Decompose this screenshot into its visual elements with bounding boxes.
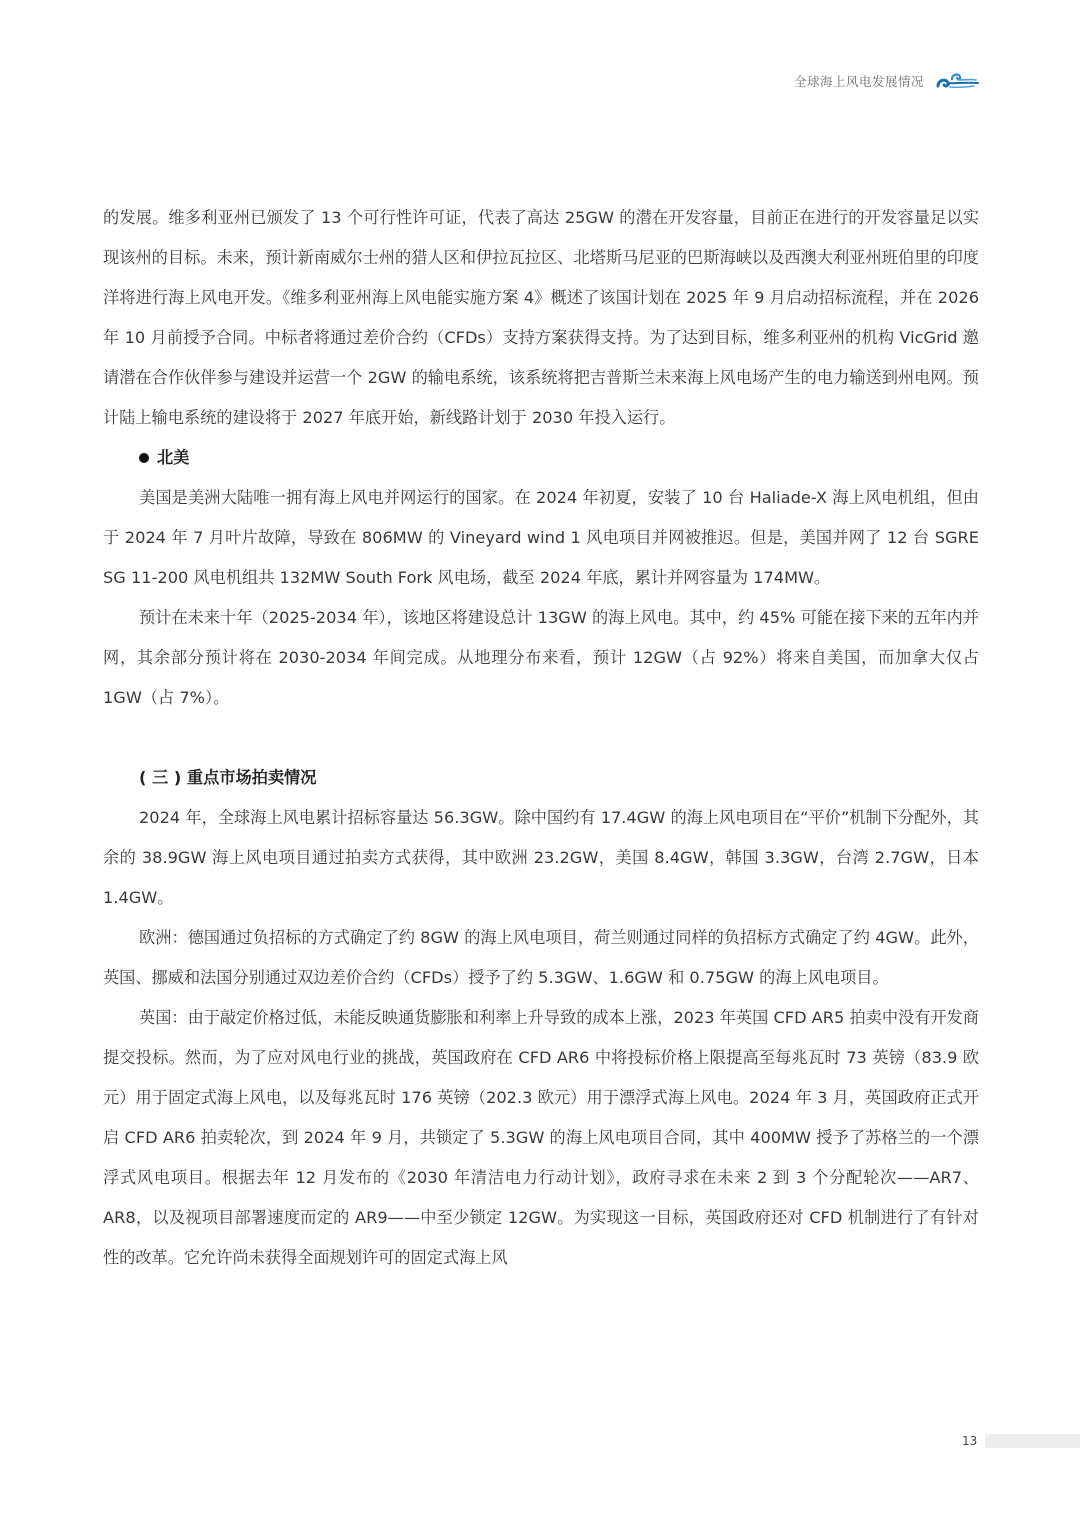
bullet-heading-north-america: 北美 <box>103 438 979 478</box>
running-header-title: 全球海上风电发展情况 <box>794 72 924 90</box>
paragraph-global-auctions: 2024 年，全球海上风电累计招标容量达 56.3GW。除中国约有 17.4GW… <box>103 798 979 918</box>
page-number: 13 <box>962 1434 977 1448</box>
paragraph-australia-continued: 的发展。维多利亚州已颁发了 13 个可行性许可证，代表了高达 25GW 的潜在开… <box>103 198 979 438</box>
paragraph-north-america-outlook: 预计在未来十年（2025-2034 年），该地区将建设总计 13GW 的海上风电… <box>103 598 979 718</box>
paragraph-usa: 美国是美洲大陆唯一拥有海上风电并网运行的国家。在 2024 年初夏，安装了 10… <box>103 478 979 598</box>
bullet-heading-label: 北美 <box>157 438 189 478</box>
running-header: 全球海上风电发展情况 <box>794 70 980 92</box>
document-body: 的发展。维多利亚州已颁发了 13 个可行性许可证，代表了高达 25GW 的潜在开… <box>103 198 979 1278</box>
section-heading-auctions: ( 三 ) 重点市场拍卖情况 <box>103 758 979 798</box>
wave-wind-icon <box>934 70 980 92</box>
page-footer: 13 <box>962 1434 1080 1448</box>
paragraph-europe: 欧洲：德国通过负招标的方式确定了约 8GW 的海上风电项目，荷兰则通过同样的负招… <box>103 918 979 998</box>
bullet-dot-icon <box>139 453 149 463</box>
footer-bar <box>985 1434 1080 1448</box>
paragraph-uk: 英国：由于敲定价格过低，未能反映通货膨胀和利率上升导致的成本上涨，2023 年英… <box>103 998 979 1278</box>
